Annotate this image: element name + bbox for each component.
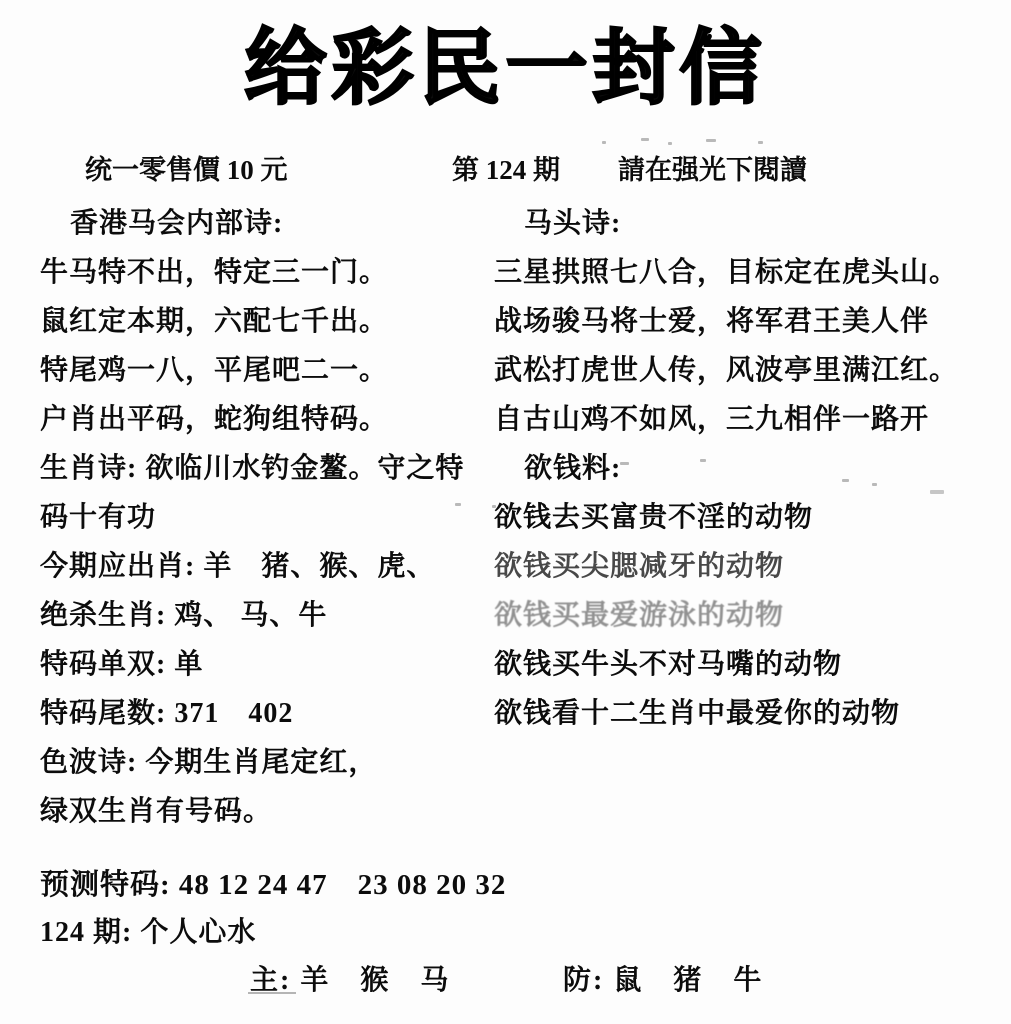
prediction-numbers-line: 预测特码: 48 12 24 47 23 08 20 32 xyxy=(40,862,506,903)
poem-line: 特尾鸡一八，平尾吧二一。 xyxy=(40,343,492,392)
poem-line: 户肖出平码，蛇狗组特码。 xyxy=(40,392,492,441)
scan-artifact xyxy=(706,139,716,142)
leaflet-page: 给彩民一封信 ♥ 统一零售價 10 元 第 124 期 請在强光下閱讀 香港马会… xyxy=(0,0,1011,1024)
guard-zodiac-line: 防: 鼠 猪 牛 xyxy=(563,958,763,998)
poem-line: 自古山鸡不如风，三九相伴一路开 xyxy=(494,392,1008,441)
scan-artifact xyxy=(668,142,672,145)
scan-artifact xyxy=(455,503,461,506)
scan-artifact xyxy=(872,483,877,486)
poem-line: 三星拱照七八合，目标定在虎头山。 xyxy=(494,245,1008,294)
odd-even-line: 特码单双: 单 xyxy=(40,637,492,686)
issue-number-label: 第 124 期 xyxy=(452,148,560,187)
poem-line: 牛马特不出，特定三一门。 xyxy=(40,245,492,294)
scan-artifact xyxy=(842,479,849,482)
kill-zodiac-line: 绝杀生肖: 鸡、 马、牛 xyxy=(40,588,492,637)
scan-artifact xyxy=(930,490,944,494)
tail-numbers-line: 特码尾数: 371 402 xyxy=(40,686,492,735)
scan-artifact xyxy=(758,141,763,144)
yuqian-line: 欲钱买最爱游泳的动物 xyxy=(494,588,1008,637)
left-column: 香港马会内部诗: 牛马特不出，特定三一门。 鼠红定本期，六配七千出。 特尾鸡一八… xyxy=(40,196,492,833)
should-appear-line: 今期应出肖: 羊 猪、猴、虎、 xyxy=(40,539,492,588)
yuqian-line: 欲钱看十二生肖中最爱你的动物 xyxy=(494,686,1008,735)
scan-artifact xyxy=(700,459,706,462)
issue-note-line: 124 期: 个人心水 xyxy=(40,910,256,950)
meta-row: 统一零售價 10 元 第 124 期 請在强光下閱讀 xyxy=(0,148,1011,188)
right-column: 马头诗: 三星拱照七八合，目标定在虎头山。 战场骏马将士爱，将军君王美人伴 武松… xyxy=(494,196,1008,735)
scan-artifact xyxy=(641,138,649,141)
section-header-internal-poem: 香港马会内部诗: xyxy=(40,196,492,245)
yuqian-line: 欲钱买尖腮减牙的动物 xyxy=(494,539,1008,588)
scan-artifact xyxy=(602,141,606,144)
section-header-matou-poem: 马头诗: xyxy=(494,196,1008,245)
retail-price-label: 统一零售價 10 元 xyxy=(85,148,288,187)
heart-mark: ♥ xyxy=(701,28,713,51)
poem-line: 鼠红定本期，六配七千出。 xyxy=(40,294,492,343)
poem-line: 武松打虎世人传，风波亭里满江红。 xyxy=(494,343,1008,392)
color-wave-line: 绿双生肖有号码。 xyxy=(40,784,492,833)
zodiac-poem-line: 生肖诗: 欲临川水钓金鳌。守之特 xyxy=(40,441,492,490)
zodiac-poem-line: 码十有功 xyxy=(40,490,492,539)
section-header-yuqian: 欲钱料: xyxy=(494,441,1008,490)
poem-line: 战场骏马将士爱，将军君王美人伴 xyxy=(494,294,1008,343)
yuqian-line: 欲钱去买富贵不淫的动物 xyxy=(494,490,1008,539)
reading-notice-label: 請在强光下閱讀 xyxy=(618,148,807,187)
color-wave-line: 色波诗: 今期生肖尾定红， xyxy=(40,735,492,784)
scan-artifact xyxy=(492,505,496,508)
scan-artifact xyxy=(248,992,296,994)
page-title: 给彩民一封信 xyxy=(0,24,1011,114)
yuqian-line: 欲钱买牛头不对马嘴的动物 xyxy=(494,637,1008,686)
scan-artifact xyxy=(620,462,629,465)
